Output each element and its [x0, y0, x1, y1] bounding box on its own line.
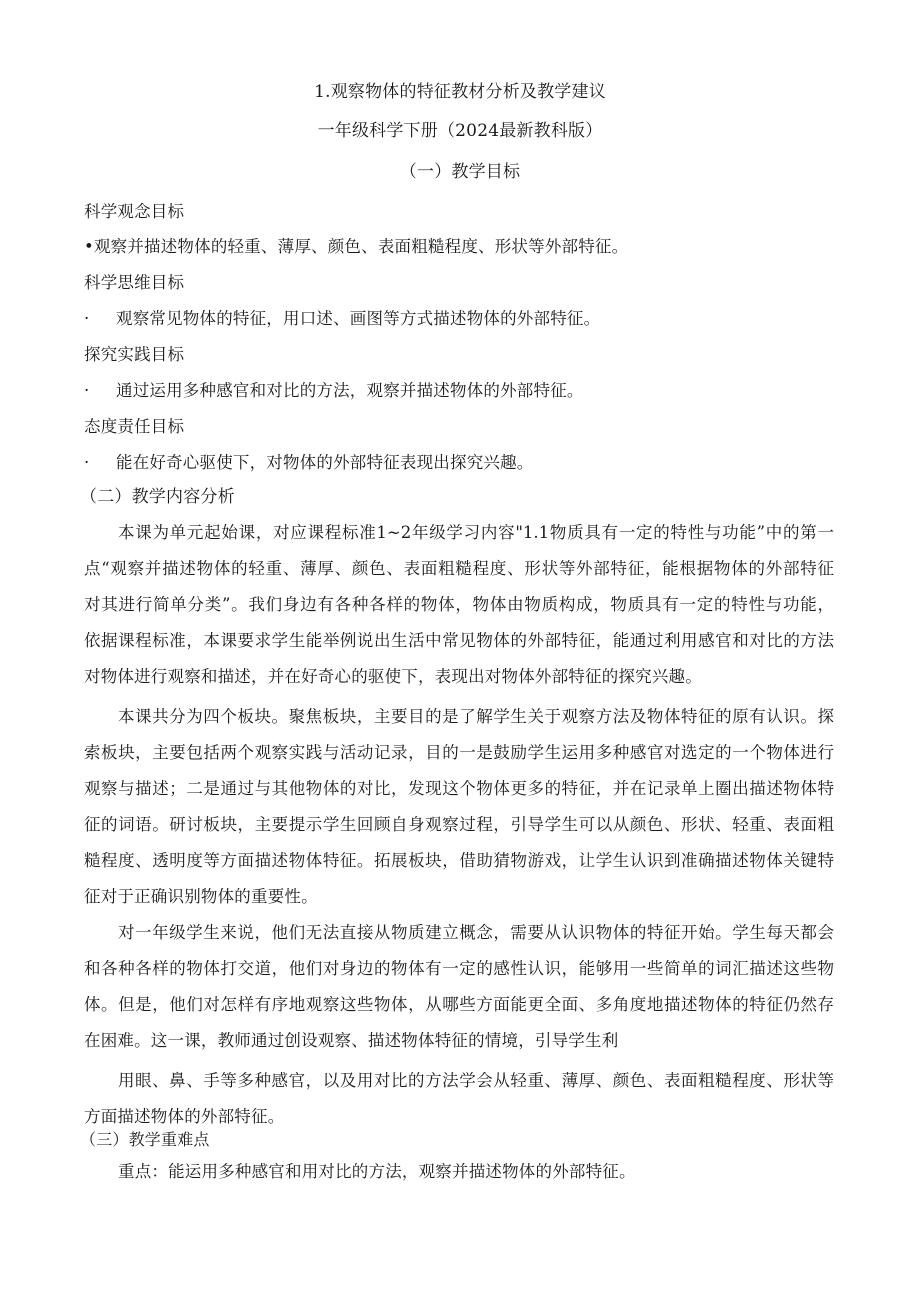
document-title: 1.观察物体的特征教材分析及教学建议 [0, 81, 920, 103]
paragraph-line: 和各种各样的物体打交道，他们对身边的物体有一定的感性认识，能够用一些简单的词汇描… [84, 958, 834, 980]
paragraph-line: 方面描述物体的外部特征。 [84, 1106, 284, 1128]
paragraph-line: 对其进行简单分类”。我们身边有各种各样的物体，物体由物质构成，物质具有一定的特性… [84, 594, 834, 616]
objective-item: ·能在好奇心驱使下，对物体的外部特征表现出探究兴趣。 [84, 452, 534, 474]
paragraph-line: 索板块，主要包括两个观察实践与活动记录，目的一是鼓励学生运用多种感官对选定的一个… [84, 742, 834, 764]
paragraph-line: 依据课程标准，本课要求学生能举例说出生活中常见物体的外部特征，能通过利用感官和对… [84, 630, 834, 652]
paragraph-line: 对物体进行观察和描述，并在好奇心的驱使下，表现出对物体外部特征的探究兴趣。 [84, 666, 702, 688]
document-page: 1.观察物体的特征教材分析及教学建议 一年级科学下册（2024最新教科版） （一… [0, 0, 920, 1301]
paragraph-line: 本课为单元起始课，对应课程标准1~2年级学习内容"1.1物质具有一定的特性与功能… [118, 522, 834, 544]
paragraph-line: 征的词语。研讨板块，主要提示学生回顾自身观察过程，引导学生可以从颜色、形状、轻重… [84, 814, 834, 836]
bullet-icon: · [84, 452, 116, 474]
bullet-icon: · [84, 308, 116, 330]
bullet-icon: · [84, 380, 116, 402]
objective-item: ·观察常见物体的特征，用口述、画图等方式描述物体的外部特征。 [84, 308, 600, 330]
section-heading-objectives: （一）教学目标 [0, 161, 920, 183]
key-point-text: 重点：能运用多种感官和用对比的方法，观察并描述物体的外部特征。 [118, 1161, 636, 1183]
paragraph-line: 用眼、鼻、手等多种感官，以及用对比的方法学会从轻重、薄厚、颜色、表面粗糙程度、形… [118, 1070, 834, 1092]
section-heading-content-analysis: （二）教学内容分析 [80, 486, 235, 508]
objective-text: 观察并描述物体的轻重、薄厚、颜色、表面粗糙程度、形状等外部特征。 [94, 237, 628, 256]
paragraph-line: 点“观察并描述物体的轻重、薄厚、颜色、表面粗糙程度、形状等外部特征，能根据物体的… [84, 558, 834, 580]
document-subtitle: 一年级科学下册（2024最新教科版） [0, 120, 920, 142]
paragraph-line: 征对于正确识别物体的重要性。 [84, 886, 318, 908]
paragraph-line: 糙程度、透明度等方面描述物体特征。拓展板块，借助猜物游戏，让学生认识到准确描述物… [84, 850, 834, 872]
objective-text: 能在好奇心驱使下，对物体的外部特征表现出探究兴趣。 [116, 453, 534, 472]
objective-text: 观察常见物体的特征，用口述、画图等方式描述物体的外部特征。 [116, 309, 600, 328]
paragraph-line: 对一年级学生来说，他们无法直接从物质建立概念，需要从认识物体的特征开始。学生每天… [118, 922, 834, 944]
objective-label: 态度责任目标 [84, 416, 184, 438]
objective-text: 通过运用多种感官和对比的方法，观察并描述物体的外部特征。 [116, 381, 584, 400]
section-heading-key-points: （三）教学重难点 [80, 1129, 210, 1151]
paragraph-line: 在困难。这一课，教师通过创设观察、描述物体特征的情境，引导学生利 [84, 1030, 618, 1052]
bullet-icon: • [84, 237, 94, 256]
objective-label: 科学观念目标 [84, 201, 184, 223]
paragraph-line: 体。但是，他们对怎样有序地观察这些物体，从哪些方面能更全面、多角度地描述物体的特… [84, 994, 834, 1016]
paragraph-line: 本课共分为四个板块。聚焦板块，主要目的是了解学生关于观察方法及物体特征的原有认识… [118, 706, 834, 728]
objective-item: •观察并描述物体的轻重、薄厚、颜色、表面粗糙程度、形状等外部特征。 [84, 236, 628, 258]
objective-label: 探究实践目标 [84, 344, 184, 366]
objective-item: ·通过运用多种感官和对比的方法，观察并描述物体的外部特征。 [84, 380, 584, 402]
objective-label: 科学思维目标 [84, 272, 184, 294]
paragraph-line: 观察与描述；二是通过与其他物体的对比，发现这个物体更多的特征，并在记录单上圈出描… [84, 778, 834, 800]
